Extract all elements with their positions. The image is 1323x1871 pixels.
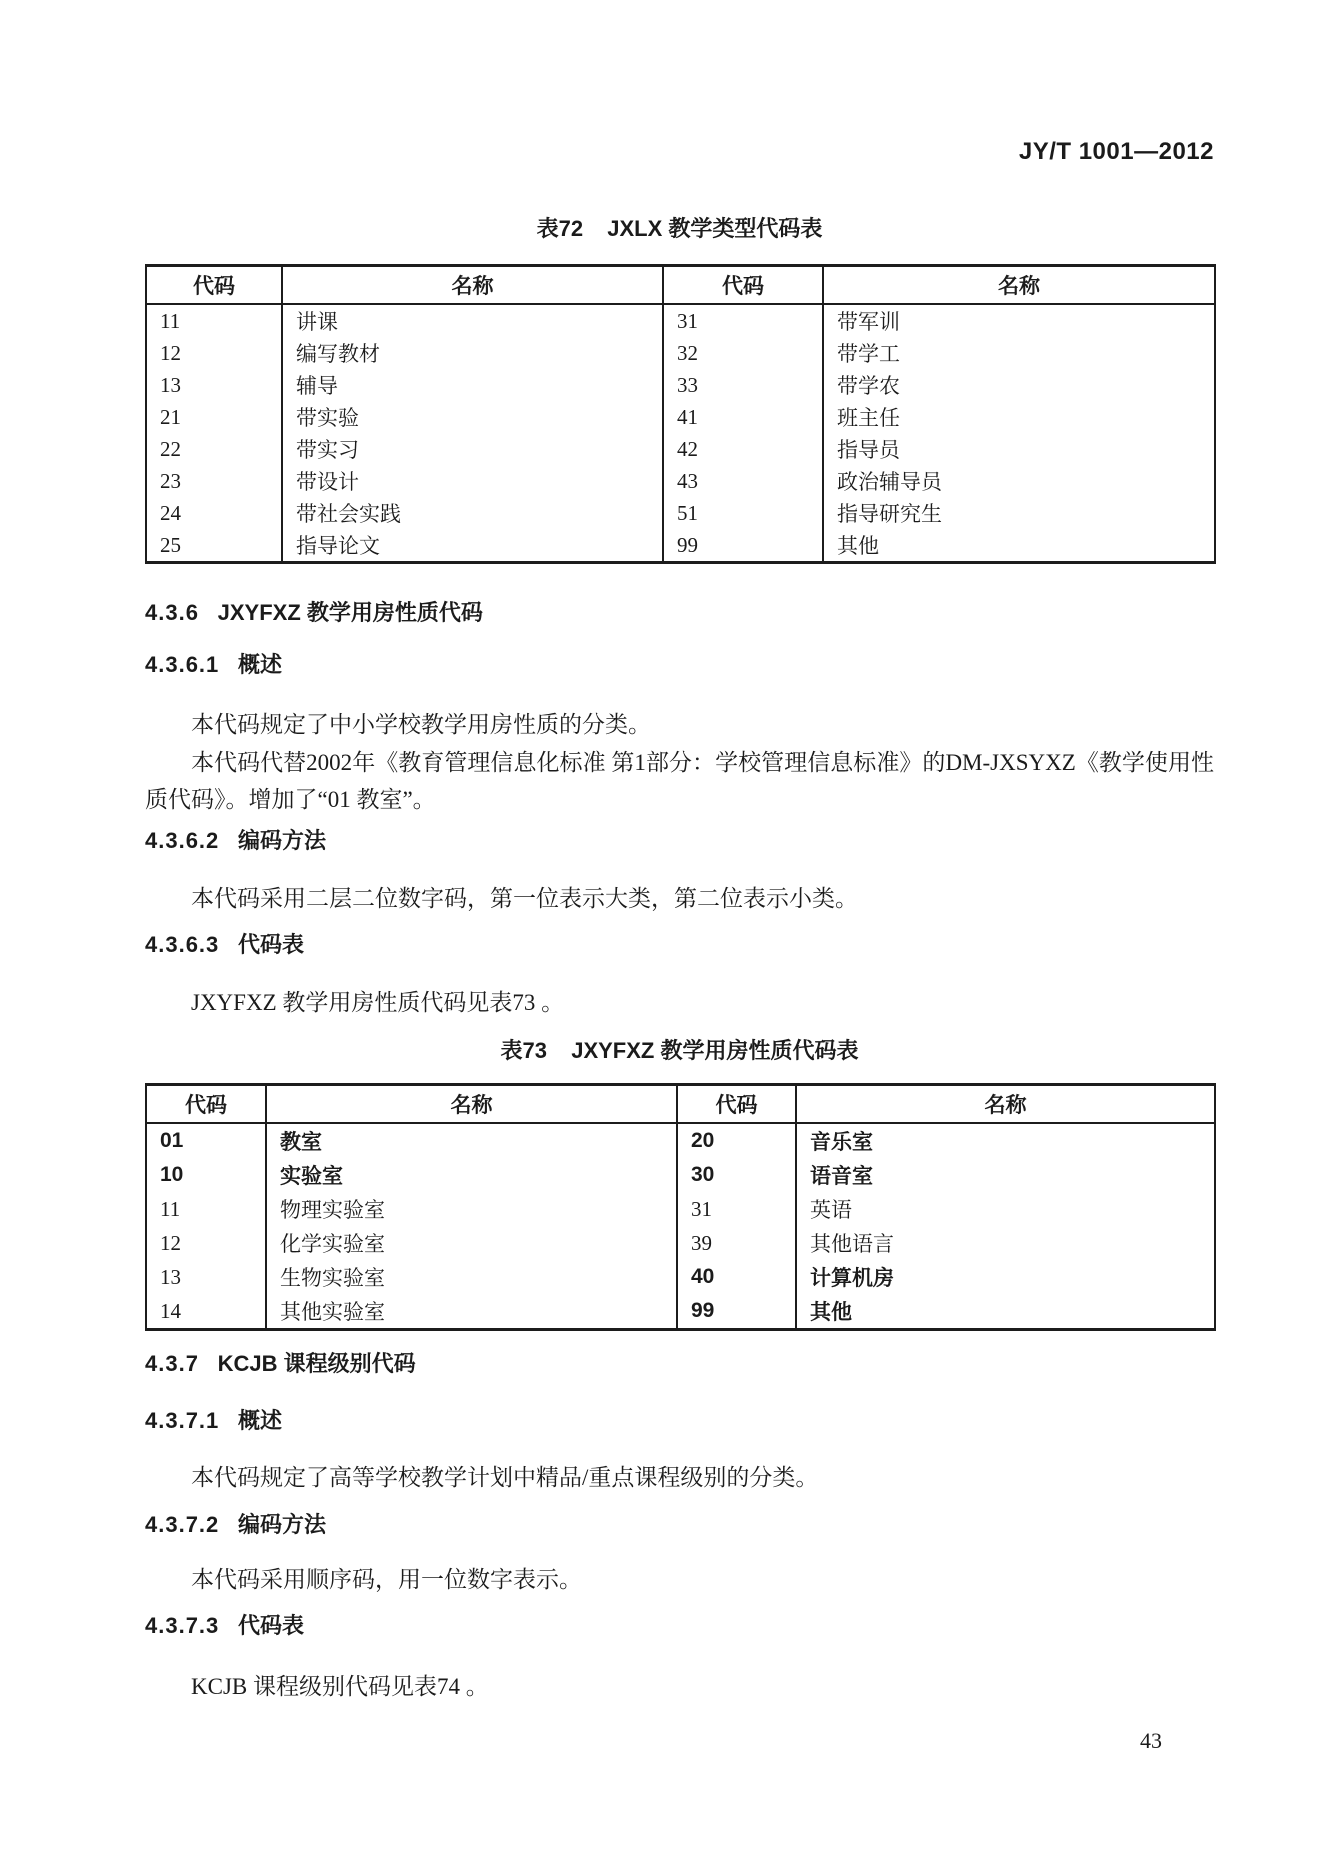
section-heading-4-3-6-1: 4.3.6.1概述 (145, 652, 1214, 678)
name-cell: 化学实验室 (266, 1226, 677, 1260)
table-row: 11 物理实验室 31 英语 (146, 1192, 1215, 1226)
column-header-code: 代码 (146, 1085, 266, 1124)
name-cell: 其他 (823, 529, 1215, 563)
paragraph: 本代码采用二层二位数字码，第一位表示大类，第二位表示小类。 (145, 880, 1214, 917)
name-cell: 指导员 (823, 433, 1215, 465)
paragraph: KCJB 课程级别代码见表74 。 (145, 1668, 1214, 1705)
column-header-code: 代码 (677, 1085, 796, 1124)
code-cell: 01 (146, 1123, 266, 1158)
code-cell: 13 (146, 1260, 266, 1294)
table-row: 01 教室 20 音乐室 (146, 1123, 1215, 1158)
name-cell: 音乐室 (796, 1123, 1215, 1158)
table73-caption: 表73JXYFXZ 教学用房性质代码表 (145, 1038, 1214, 1064)
table72-caption-label: 表72 (537, 216, 583, 241)
paragraph: 本代码规定了高等学校教学计划中精品/重点课程级别的分类。 (145, 1459, 1214, 1496)
code-cell: 12 (146, 1226, 266, 1260)
table-row: 23 带设计 43 政治辅导员 (146, 465, 1215, 497)
table-row: 13 辅导 33 带学农 (146, 369, 1215, 401)
code-cell: 51 (663, 497, 823, 529)
standard-number-header: JY/T 1001—2012 (145, 138, 1214, 166)
section-number: 4.3.7.3 (145, 1613, 219, 1638)
name-cell: 其他语言 (796, 1226, 1215, 1260)
name-cell: 实验室 (266, 1158, 677, 1192)
section-heading-4-3-7-2: 4.3.7.2编码方法 (145, 1512, 1214, 1538)
section-title: 编码方法 (238, 1512, 326, 1537)
paragraph: JXYFXZ 教学用房性质代码见表73 。 (145, 984, 1214, 1021)
table-row: 13 生物实验室 40 计算机房 (146, 1260, 1215, 1294)
column-header-name: 名称 (282, 266, 663, 305)
name-cell: 计算机房 (796, 1260, 1215, 1294)
code-cell: 43 (663, 465, 823, 497)
column-header-name: 名称 (796, 1085, 1215, 1124)
section-title: 概述 (238, 1408, 282, 1433)
name-cell: 带学工 (823, 337, 1215, 369)
section-heading-4-3-6-2: 4.3.6.2编码方法 (145, 828, 1214, 854)
section-number: 4.3.7.1 (145, 1408, 219, 1433)
name-cell: 生物实验室 (266, 1260, 677, 1294)
name-cell: 指导研究生 (823, 497, 1215, 529)
code-cell: 30 (677, 1158, 796, 1192)
table-row: 22 带实习 42 指导员 (146, 433, 1215, 465)
name-cell: 其他实验室 (266, 1294, 677, 1330)
section-title: 代码表 (238, 1613, 304, 1638)
section-title: 编码方法 (238, 828, 326, 853)
name-cell: 辅导 (282, 369, 663, 401)
section-heading-4-3-7-1: 4.3.7.1概述 (145, 1408, 1214, 1434)
code-cell: 20 (677, 1123, 796, 1158)
name-cell: 其他 (796, 1294, 1215, 1330)
table72-body: 11 讲课 31 带军训 12 编写教材 32 带学工 13 辅导 33 带学农… (146, 304, 1215, 563)
name-cell: 英语 (796, 1192, 1215, 1226)
code-cell: 42 (663, 433, 823, 465)
section-title: 概述 (238, 652, 282, 677)
name-cell: 指导论文 (282, 529, 663, 563)
section-heading-4-3-7-3: 4.3.7.3代码表 (145, 1613, 1214, 1639)
column-header-name: 名称 (266, 1085, 677, 1124)
code-cell: 41 (663, 401, 823, 433)
table-header-row: 代码 名称 代码 名称 (146, 1085, 1215, 1124)
table-row: 25 指导论文 99 其他 (146, 529, 1215, 563)
code-cell: 32 (663, 337, 823, 369)
section-number: 4.3.6 (145, 600, 199, 625)
table-row: 10 实验室 30 语音室 (146, 1158, 1215, 1192)
table-row: 14 其他实验室 99 其他 (146, 1294, 1215, 1330)
page-number: 43 (145, 1728, 1214, 1754)
code-cell: 10 (146, 1158, 266, 1192)
section-number: 4.3.6.2 (145, 828, 219, 853)
section-number: 4.3.6.3 (145, 932, 219, 957)
name-cell: 带实习 (282, 433, 663, 465)
code-cell: 31 (663, 304, 823, 337)
code-cell: 14 (146, 1294, 266, 1330)
table-row: 24 带社会实践 51 指导研究生 (146, 497, 1215, 529)
table73-header: 代码 名称 代码 名称 (146, 1085, 1215, 1124)
name-cell: 带社会实践 (282, 497, 663, 529)
name-cell: 带实验 (282, 401, 663, 433)
table-row: 21 带实验 41 班主任 (146, 401, 1215, 433)
section-number: 4.3.7.2 (145, 1512, 219, 1537)
section-heading-4-3-6-3: 4.3.6.3代码表 (145, 932, 1214, 958)
paragraph: 本代码规定了中小学校教学用房性质的分类。 (145, 706, 1214, 743)
table72-jxlx-codes: 代码 名称 代码 名称 11 讲课 31 带军训 12 编写教材 32 带学工 … (145, 264, 1216, 564)
table73-jxyfxz-codes: 代码 名称 代码 名称 01 教室 20 音乐室 10 实验室 30 语音室 1… (145, 1083, 1216, 1331)
paragraph: 本代码代替2002年《教育管理信息化标准 第1部分：学校管理信息标准》的DM-J… (145, 744, 1214, 818)
name-cell: 编写教材 (282, 337, 663, 369)
name-cell: 讲课 (282, 304, 663, 337)
paragraph: 本代码采用顺序码，用一位数字表示。 (145, 1561, 1214, 1598)
code-cell: 33 (663, 369, 823, 401)
code-cell: 39 (677, 1226, 796, 1260)
code-cell: 23 (146, 465, 282, 497)
section-title: KCJB 课程级别代码 (218, 1351, 416, 1376)
table-row: 12 化学实验室 39 其他语言 (146, 1226, 1215, 1260)
name-cell: 带设计 (282, 465, 663, 497)
code-cell: 40 (677, 1260, 796, 1294)
name-cell: 政治辅导员 (823, 465, 1215, 497)
name-cell: 物理实验室 (266, 1192, 677, 1226)
name-cell: 带学农 (823, 369, 1215, 401)
table-row: 11 讲课 31 带军训 (146, 304, 1215, 337)
code-cell: 99 (677, 1294, 796, 1330)
column-header-code: 代码 (146, 266, 282, 305)
document-page: JY/T 1001—2012 表72JXLX 教学类型代码表 代码 名称 代码 … (0, 0, 1323, 1871)
code-cell: 25 (146, 529, 282, 563)
section-title: 代码表 (238, 932, 304, 957)
table73-caption-label: 表73 (501, 1038, 547, 1063)
code-cell: 24 (146, 497, 282, 529)
table72-caption: 表72JXLX 教学类型代码表 (145, 216, 1214, 242)
code-cell: 13 (146, 369, 282, 401)
section-title: JXYFXZ 教学用房性质代码 (218, 600, 483, 625)
section-number: 4.3.6.1 (145, 652, 219, 677)
code-cell: 31 (677, 1192, 796, 1226)
code-cell: 11 (146, 1192, 266, 1226)
table73-body: 01 教室 20 音乐室 10 实验室 30 语音室 11 物理实验室 31 英… (146, 1123, 1215, 1330)
code-cell: 99 (663, 529, 823, 563)
code-cell: 12 (146, 337, 282, 369)
section-heading-4-3-6: 4.3.6JXYFXZ 教学用房性质代码 (145, 600, 1214, 626)
table-row: 12 编写教材 32 带学工 (146, 337, 1215, 369)
code-cell: 21 (146, 401, 282, 433)
code-cell: 22 (146, 433, 282, 465)
name-cell: 教室 (266, 1123, 677, 1158)
table-header-row: 代码 名称 代码 名称 (146, 266, 1215, 305)
name-cell: 班主任 (823, 401, 1215, 433)
name-cell: 语音室 (796, 1158, 1215, 1192)
code-cell: 11 (146, 304, 282, 337)
column-header-code: 代码 (663, 266, 823, 305)
table73-caption-text: JXYFXZ 教学用房性质代码表 (571, 1038, 858, 1063)
table72-caption-text: JXLX 教学类型代码表 (607, 216, 822, 241)
table72-header: 代码 名称 代码 名称 (146, 266, 1215, 305)
section-heading-4-3-7: 4.3.7KCJB 课程级别代码 (145, 1351, 1214, 1377)
name-cell: 带军训 (823, 304, 1215, 337)
section-number: 4.3.7 (145, 1351, 199, 1376)
column-header-name: 名称 (823, 266, 1215, 305)
